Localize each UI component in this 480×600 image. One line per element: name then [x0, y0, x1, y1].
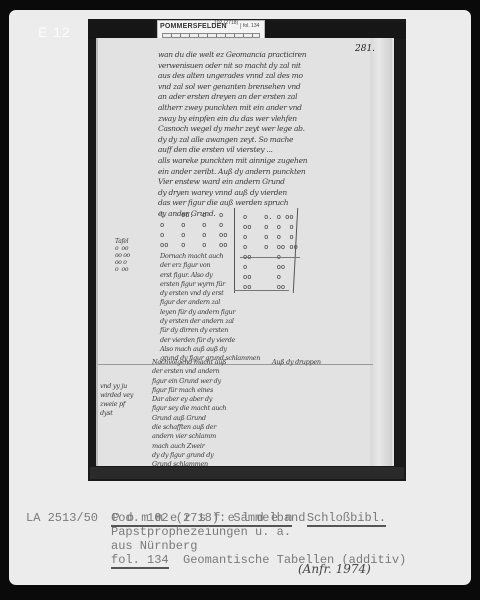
photo-label-codex: 102 (2718) [214, 21, 238, 26]
page-edge [370, 38, 392, 466]
folio-number: 281. [355, 44, 375, 54]
catalog-entry-line4: aus Nürnberg [111, 539, 197, 554]
catalog-entry-line3: Papstprophezeiungen u. a. [111, 525, 291, 540]
margin-note-bottom: vnd yy ju wirded vey zweie pf dyst [100, 382, 133, 418]
section-rule [98, 364, 373, 365]
main-text-block: wan du die welt ez Geomancia practiciren… [158, 50, 307, 220]
codex-description: : Sammelband [219, 511, 305, 525]
photo-label-strip: POMMERSFELDEN 102 (2718) fol. 134 [157, 20, 265, 40]
photo-label-folio: fol. 134 [240, 23, 259, 29]
folio-description: Geomantische Tabellen (additiv) [183, 553, 406, 567]
geomantic-table-left: l oo. o o o o o o o o o oo oo o o oo [160, 210, 227, 250]
catalog-entry-line2: Cod. 102 (2718): Sammelband [111, 511, 305, 526]
column-text-block: Dornach macht auch der erz figur von ers… [160, 252, 260, 364]
photo-frame-top-right [265, 22, 406, 39]
folio-reference: fol. 134 [111, 553, 169, 569]
margin-note-top: Tafel o oo oo oo oo o o oo [115, 238, 130, 273]
handwritten-note: (Anfr. 1974) [298, 562, 371, 576]
column-text-block-2: Nachvolgend macht auß der ersten vnd and… [152, 358, 226, 470]
photo-frame-bottom [90, 467, 404, 479]
side-note-right: Auß dy druppen [272, 357, 321, 368]
library-name: Schloßbibl. [307, 511, 386, 527]
photo-frame-top-left [88, 19, 154, 39]
card-id-label: E 12 [38, 24, 71, 40]
shelfmark: LA 2513/50 [26, 511, 98, 525]
